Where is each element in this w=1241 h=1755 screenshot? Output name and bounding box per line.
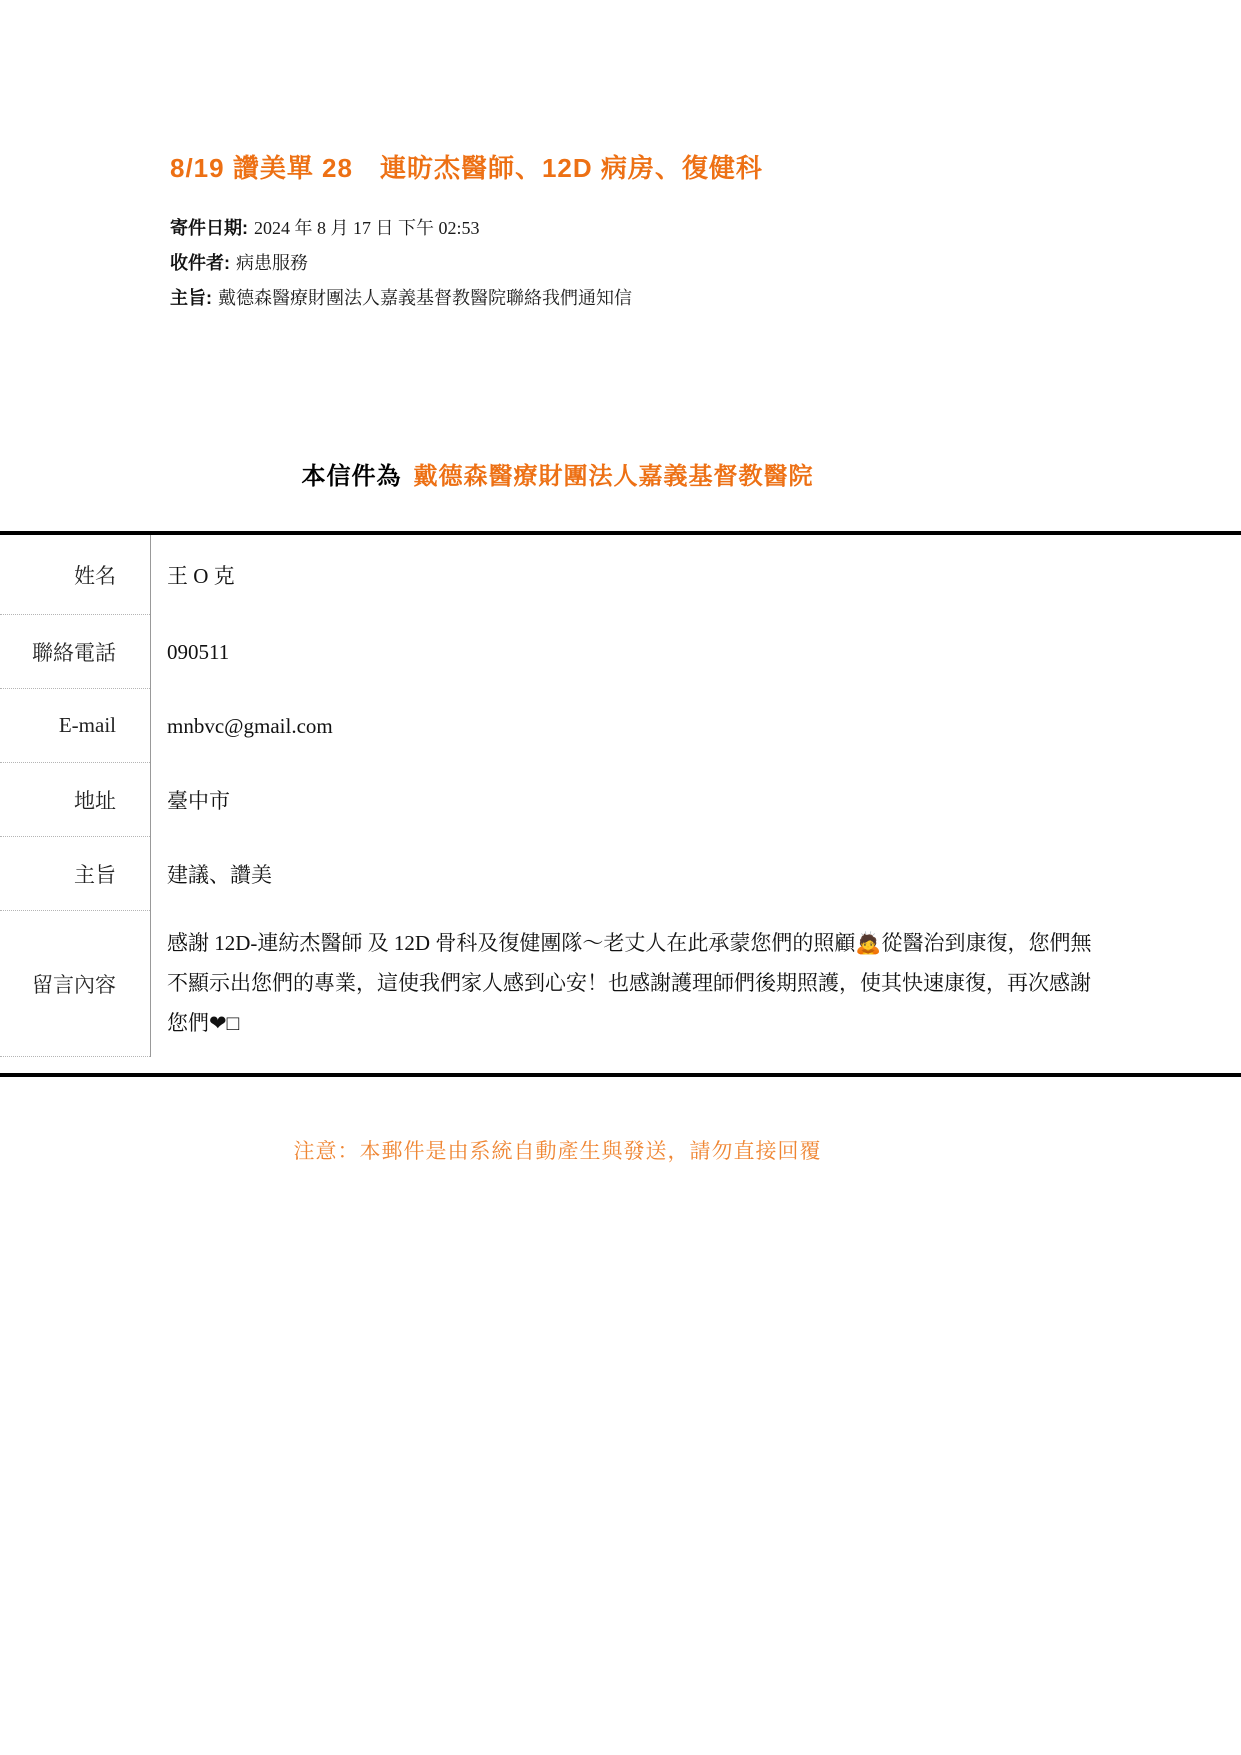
field-value-address: 臺中市	[150, 763, 1241, 837]
field-label-name: 姓名	[0, 535, 150, 615]
field-label-phone: 聯絡電話	[0, 615, 150, 689]
meta-subject-value: 戴德森醫療財團法人嘉義基督教醫院聯絡我們通知信	[218, 288, 632, 308]
field-label-subject: 主旨	[0, 837, 150, 911]
field-value-message: 感謝 12D-連紡杰醫師 及 12D 骨科及復健團隊～老丈人在此承蒙您們的照顧🙇…	[150, 911, 1241, 1057]
page-title: 8/19 讚美單 28 連昉杰醫師、12D 病房、復健科	[170, 148, 1201, 185]
field-row-address: 地址 臺中市	[0, 763, 1241, 837]
field-label-email: E-mail	[0, 689, 150, 763]
bottom-rule	[0, 1073, 1241, 1077]
meta-subject: 主旨:戴德森醫療財團法人嘉義基督教醫院聯絡我們通知信	[170, 281, 1201, 316]
field-label-message: 留言內容	[0, 911, 150, 1057]
system-notice: 注意：本郵件是由系統自動產生與發送，請勿直接回覆	[0, 1135, 1115, 1165]
letter-heading-prefix: 本信件為	[302, 463, 402, 490]
meta-recipient-value: 病患服務	[236, 253, 308, 273]
meta-recipient-label: 收件者:	[170, 253, 230, 273]
field-row-phone: 聯絡電話 090511	[0, 615, 1241, 689]
field-value-email: mnbvc@gmail.com	[150, 689, 1241, 763]
meta-sent-date: 寄件日期:2024 年 8 月 17 日 下午 02:53	[170, 211, 1201, 246]
meta-sent-date-value: 2024 年 8 月 17 日 下午 02:53	[254, 218, 480, 238]
meta-subject-label: 主旨:	[170, 288, 212, 308]
meta-sent-date-label: 寄件日期:	[170, 218, 248, 238]
letter-heading: 本信件為戴德森醫療財團法人嘉義基督教醫院	[0, 456, 1115, 491]
email-header: 8/19 讚美單 28 連昉杰醫師、12D 病房、復健科 寄件日期:2024 年…	[0, 0, 1241, 316]
field-row-email: E-mail mnbvc@gmail.com	[0, 689, 1241, 763]
field-row-subject: 主旨 建議、讚美	[0, 837, 1241, 911]
field-value-phone: 090511	[150, 615, 1241, 689]
contact-form-table: 姓名 王 O 克 聯絡電話 090511 E-mail mnbvc@gmail.…	[0, 535, 1241, 1057]
meta-recipient: 收件者:病患服務	[170, 246, 1201, 281]
field-label-address: 地址	[0, 763, 150, 837]
field-value-name: 王 O 克	[150, 535, 1241, 615]
field-value-subject: 建議、讚美	[150, 837, 1241, 911]
field-row-name: 姓名 王 O 克	[0, 535, 1241, 615]
field-row-message: 留言內容 感謝 12D-連紡杰醫師 及 12D 骨科及復健團隊～老丈人在此承蒙您…	[0, 911, 1241, 1057]
letter-heading-organization: 戴德森醫療財團法人嘉義基督教醫院	[414, 463, 814, 490]
